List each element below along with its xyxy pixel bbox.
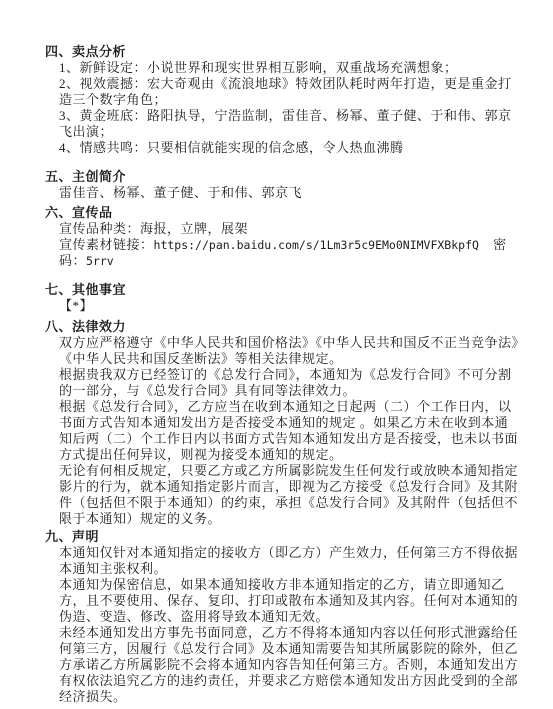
paragraph: 本通知仅针对本通知指定的接收方（即乙方）产生效力，任何第三方不得依据本通知主张权… bbox=[59, 545, 521, 577]
paragraph: 4、情感共鸣：只要相信就能实现的信念感，令人热血沸腾 bbox=[59, 140, 521, 156]
section-heading: 五、主创简介 bbox=[45, 169, 521, 185]
paragraph: 宣传素材链接：https://pan.baidu.com/s/1Lm3r5c9E… bbox=[59, 237, 521, 269]
section-其他事宜: 七、其他事宜【*】 bbox=[45, 282, 521, 314]
section-卖点分析: 四、卖点分析1、新鲜设定：小说世界和现实世界相互影响，双重战场充满想象；2、视效… bbox=[45, 44, 521, 156]
section-title: 法律效力 bbox=[72, 319, 126, 334]
section-body: 宣传品种类：海报，立牌，展架宣传素材链接：https://pan.baidu.c… bbox=[59, 221, 521, 269]
paragraph: 本通知为保密信息，如果本通知接收方非本通知指定的乙方，请立即通知乙方，且不要使用… bbox=[59, 577, 521, 625]
section-宣传品: 六、宣传品宣传品种类：海报，立牌，展架宣传素材链接：https://pan.ba… bbox=[45, 205, 521, 269]
section-法律效力: 八、法律效力双方应严格遵守《中华人民共和国价格法》《中华人民共和国反不正当竞争法… bbox=[45, 319, 521, 527]
paragraph: 无论有何相反规定，只要乙方或乙方所属影院发生任何发行或放映本通知指定影片的行为，… bbox=[59, 463, 521, 527]
paragraph: 根据《总发行合同》，乙方应当在收到本通知之日起两（二）个工作日内，以书面方式告知… bbox=[59, 399, 521, 463]
section-body: 本通知仅针对本通知指定的接收方（即乙方）产生效力，任何第三方不得依据本通知主张权… bbox=[59, 545, 521, 705]
section-body: 1、新鲜设定：小说世界和现实世界相互影响，双重战场充满想象；2、视效震撼：宏大奇… bbox=[59, 60, 521, 156]
section-heading: 七、其他事宜 bbox=[45, 282, 521, 298]
section-title: 主创简介 bbox=[72, 169, 126, 184]
paragraph: 1、新鲜设定：小说世界和现实世界相互影响，双重战场充满想象； bbox=[59, 60, 521, 76]
paragraph: 3、黄金班底：路阳执导，宁浩监制，雷佳音、杨幂、董子健、于和伟、郭京飞出演； bbox=[59, 108, 521, 140]
paragraph: 双方应严格遵守《中华人民共和国价格法》《中华人民共和国反不正当竞争法》《中华人民… bbox=[59, 335, 521, 367]
section-number: 九、 bbox=[45, 529, 72, 544]
section-body: 【*】 bbox=[59, 298, 521, 314]
section-title: 宣传品 bbox=[72, 205, 113, 220]
section-body: 双方应严格遵守《中华人民共和国价格法》《中华人民共和国反不正当竞争法》《中华人民… bbox=[59, 335, 521, 527]
section-主创简介: 五、主创简介雷佳音、杨幂、董子健、于和伟、郭京飞 bbox=[45, 169, 521, 201]
section-heading: 八、法律效力 bbox=[45, 319, 521, 335]
section-heading: 六、宣传品 bbox=[45, 205, 521, 221]
paragraph: 未经本通知发出方事先书面同意，乙方不得将本通知内容以任何形式泄露给任何第三方，因… bbox=[59, 625, 521, 705]
section-heading: 四、卖点分析 bbox=[45, 44, 521, 60]
paragraph: 2、视效震撼：宏大奇观由《流浪地球》特效团队耗时两年打造，更是重金打造三个数字角… bbox=[59, 76, 521, 108]
section-声明: 九、声明本通知仅针对本通知指定的接收方（即乙方）产生效力，任何第三方不得依据本通… bbox=[45, 529, 521, 705]
paragraph: 【*】 bbox=[59, 298, 521, 314]
section-number: 八、 bbox=[45, 319, 72, 334]
section-title: 其他事宜 bbox=[72, 282, 126, 297]
section-title: 声明 bbox=[72, 529, 99, 544]
paragraph: 宣传品种类：海报，立牌，展架 bbox=[59, 221, 521, 237]
paragraph: 根据贵我双方已经签订的《总发行合同》，本通知为《总发行合同》不可分割的一部分，与… bbox=[59, 367, 521, 399]
section-number: 五、 bbox=[45, 169, 72, 184]
document-page: 四、卖点分析1、新鲜设定：小说世界和现实世界相互影响，双重战场充满想象；2、视效… bbox=[0, 0, 553, 709]
baidu-pan-link: https://pan.baidu.com/s/1Lm3r5c9EMo0NIMV… bbox=[154, 238, 479, 252]
link-label: 宣传素材链接： bbox=[59, 237, 154, 252]
section-number: 七、 bbox=[45, 282, 72, 297]
section-title: 卖点分析 bbox=[72, 44, 126, 59]
section-number: 四、 bbox=[45, 44, 72, 59]
section-heading: 九、声明 bbox=[45, 529, 521, 545]
section-body: 雷佳音、杨幂、董子健、于和伟、郭京飞 bbox=[59, 185, 521, 201]
link-password: 5rrv bbox=[86, 254, 114, 268]
document-sections: 四、卖点分析1、新鲜设定：小说世界和现实世界相互影响，双重战场充满想象；2、视效… bbox=[45, 44, 521, 705]
section-number: 六、 bbox=[45, 205, 72, 220]
paragraph: 雷佳音、杨幂、董子健、于和伟、郭京飞 bbox=[59, 185, 521, 201]
